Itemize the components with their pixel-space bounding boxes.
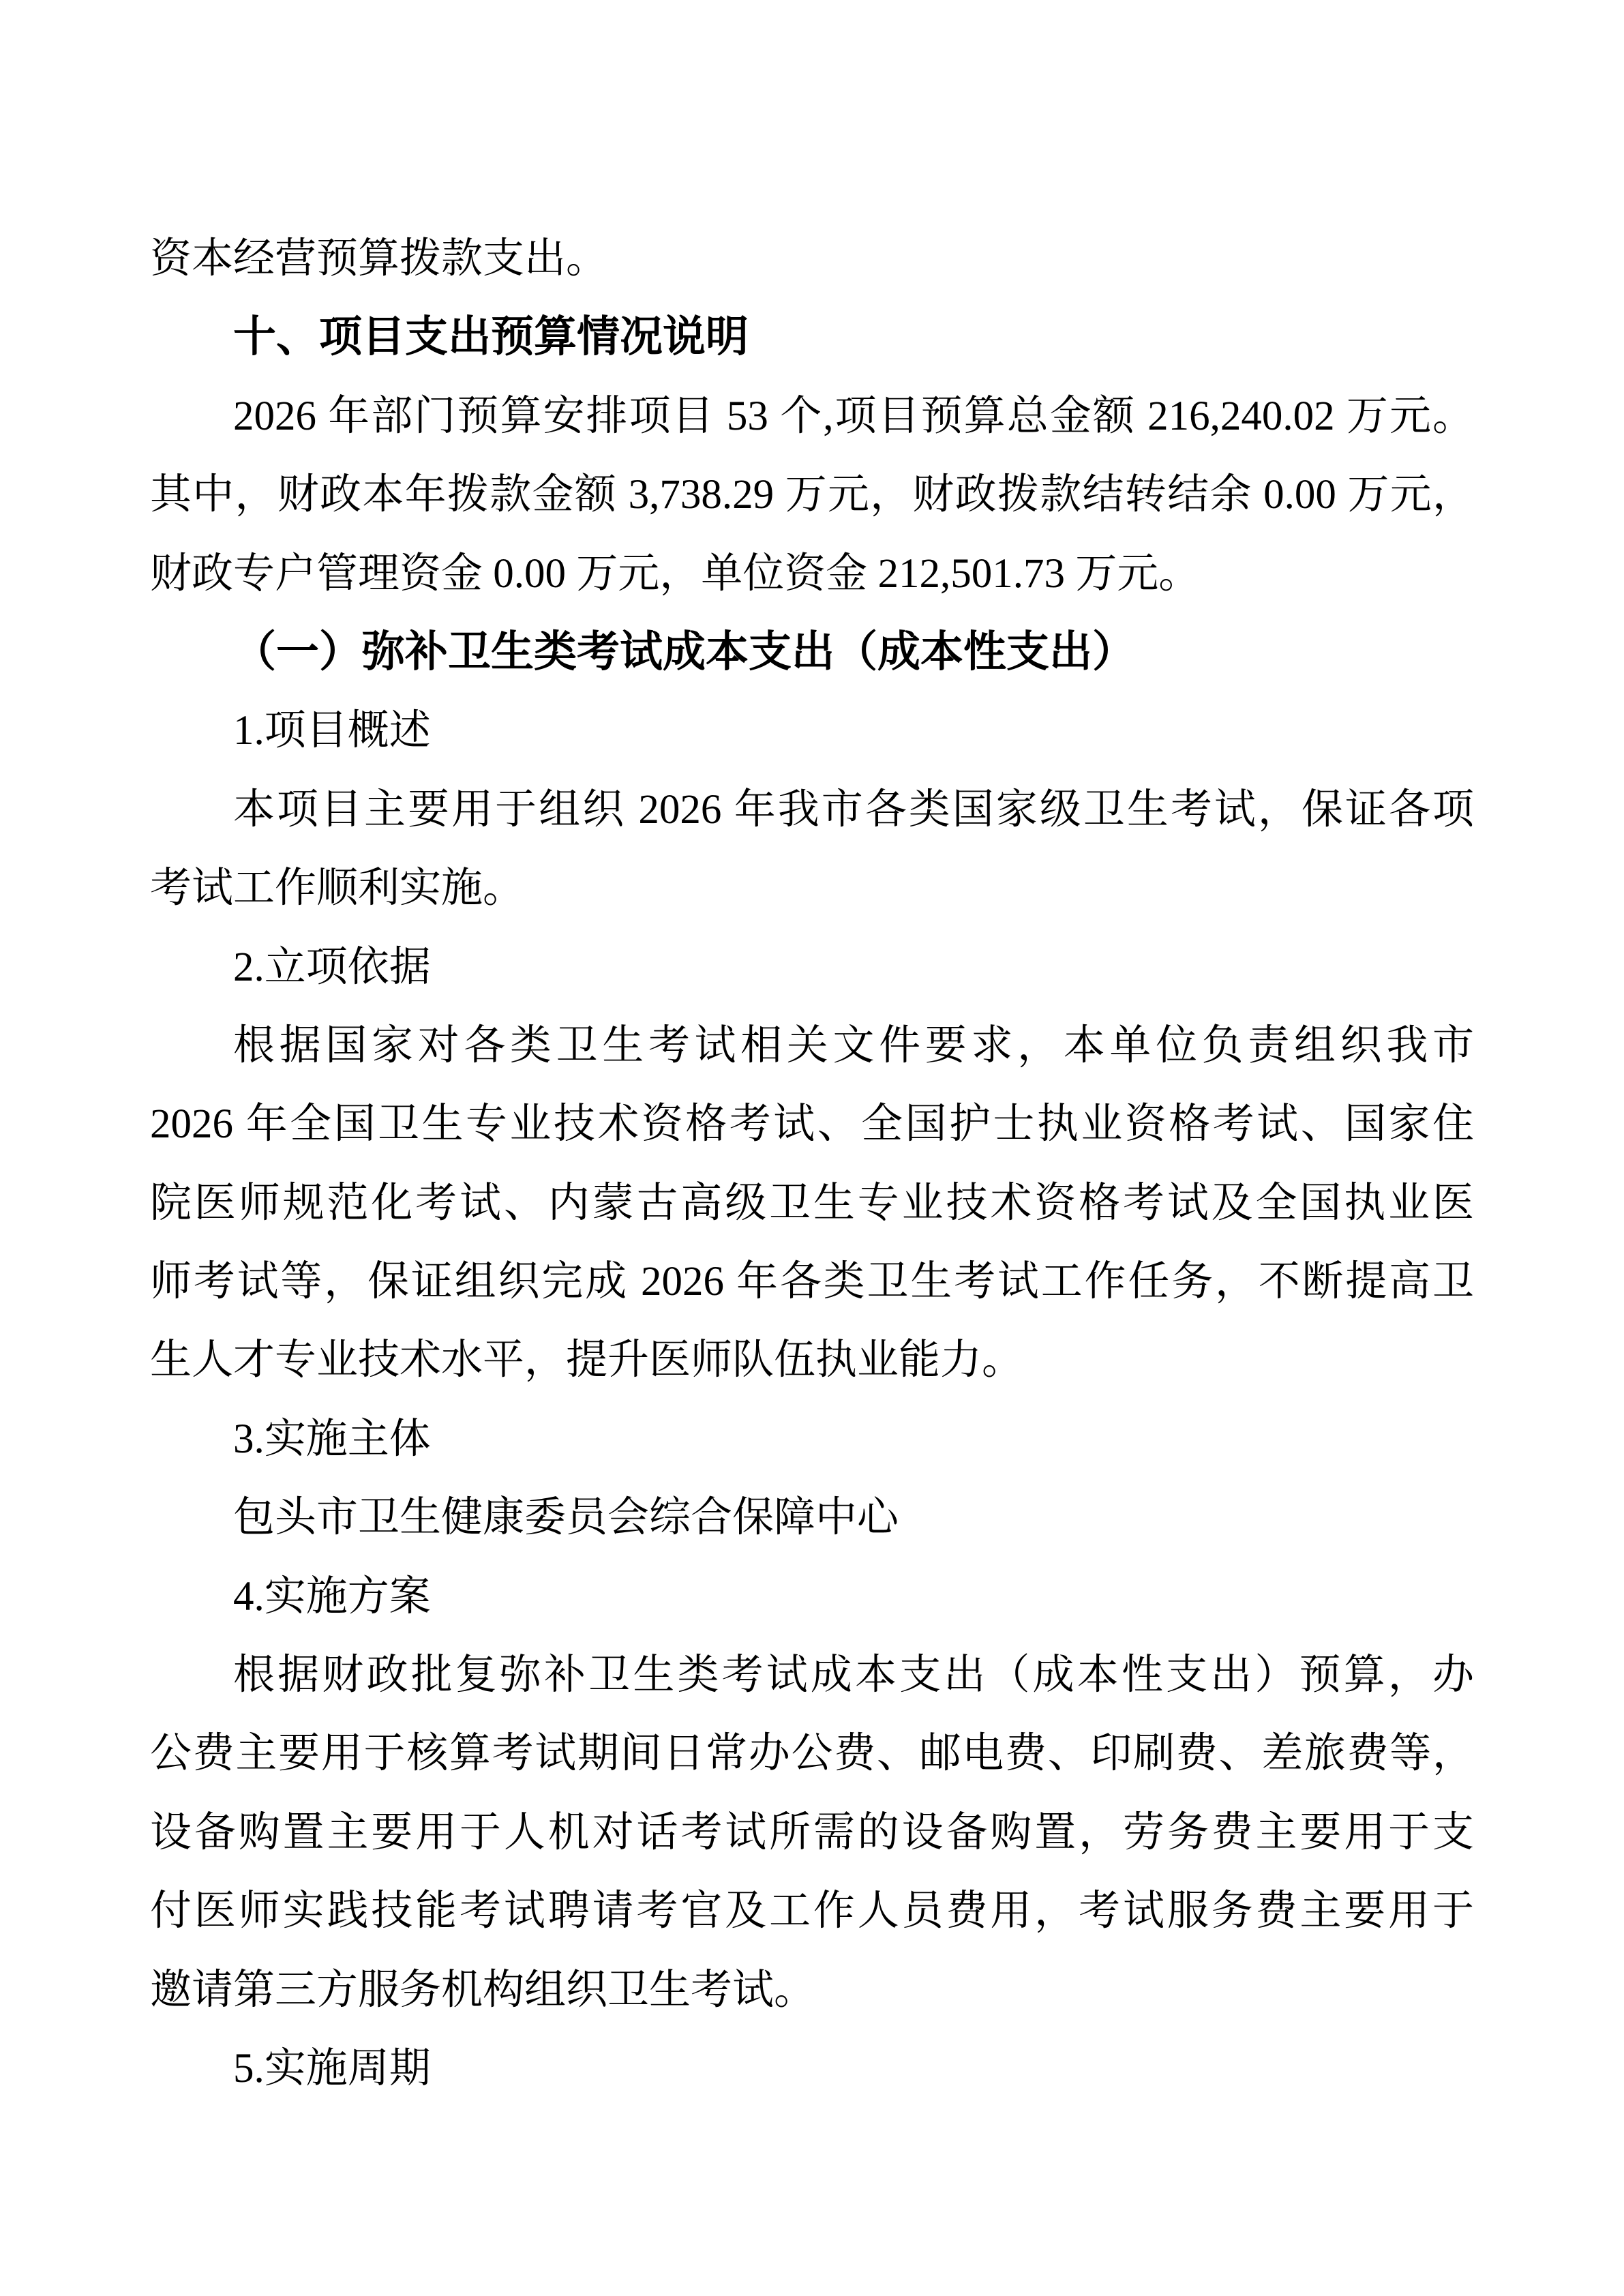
body-line-fiscal-allocation: 其中，财政本年拨款金额 3,738.29 万元，财政拨款结转结余 0.00 万元… [150,456,1474,534]
body-line-plan-3: 设备购置主要用于人机对话考试所需的设备购置，劳务费主要用于支 [150,1793,1474,1872]
body-line-overview-2: 考试工作顺利实施。 [150,849,1474,927]
body-line-overview-1: 本项目主要用于组织 2026 年我市各类国家级卫生考试，保证各项 [150,771,1474,849]
body-line-plan-1: 根据财政批复弥补卫生类考试成本支出（成本性支出）预算，办 [150,1636,1474,1714]
body-line-capital-budget: 资本经营预算拨款支出。 [150,220,1474,298]
body-line-project-total: 2026 年部门预算安排项目 53 个,项目预算总金额 216,240.02 万… [150,377,1474,456]
body-line-basis-3: 院医师规范化考试、内蒙古高级卫生专业技术资格考试及全国执业医 [150,1164,1474,1242]
heading-subsection-one: （一）弥补卫生类考试成本支出（成本性支出） [150,613,1474,691]
heading-item-4-plan: 4.实施方案 [150,1557,1474,1636]
heading-section-ten: 十、项目支出预算情况说明 [150,298,1474,376]
heading-item-5-cycle: 5.实施周期 [150,2029,1474,2108]
document-page: 资本经营预算拨款支出。 十、项目支出预算情况说明 2026 年部门预算安排项目 … [0,0,1624,2296]
heading-item-3-entity: 3.实施主体 [150,1400,1474,1478]
body-line-unit-funds: 财政专户管理资金 0.00 万元，单位资金 212,501.73 万元。 [150,535,1474,613]
document-body: 资本经营预算拨款支出。 十、项目支出预算情况说明 2026 年部门预算安排项目 … [150,220,1474,2108]
body-line-plan-4: 付医师实践技能考试聘请考官及工作人员费用，考试服务费主要用于 [150,1872,1474,1950]
body-line-implementing-entity: 包头市卫生健康委员会综合保障中心 [150,1478,1474,1557]
body-line-basis-4: 师考试等，保证组织完成 2026 年各类卫生考试工作任务，不断提高卫 [150,1242,1474,1321]
body-line-plan-5: 邀请第三方服务机构组织卫生考试。 [150,1951,1474,2029]
heading-item-1-overview: 1.项目概述 [150,691,1474,770]
body-line-basis-2: 2026 年全国卫生专业技术资格考试、全国护士执业资格考试、国家住 [150,1085,1474,1163]
body-line-basis-5: 生人才专业技术水平，提升医师队伍执业能力。 [150,1321,1474,1399]
heading-item-2-basis: 2.立项依据 [150,928,1474,1007]
body-line-plan-2: 公费主要用于核算考试期间日常办公费、邮电费、印刷费、差旅费等， [150,1714,1474,1793]
body-line-basis-1: 根据国家对各类卫生考试相关文件要求，本单位负责组织我市 [150,1007,1474,1085]
